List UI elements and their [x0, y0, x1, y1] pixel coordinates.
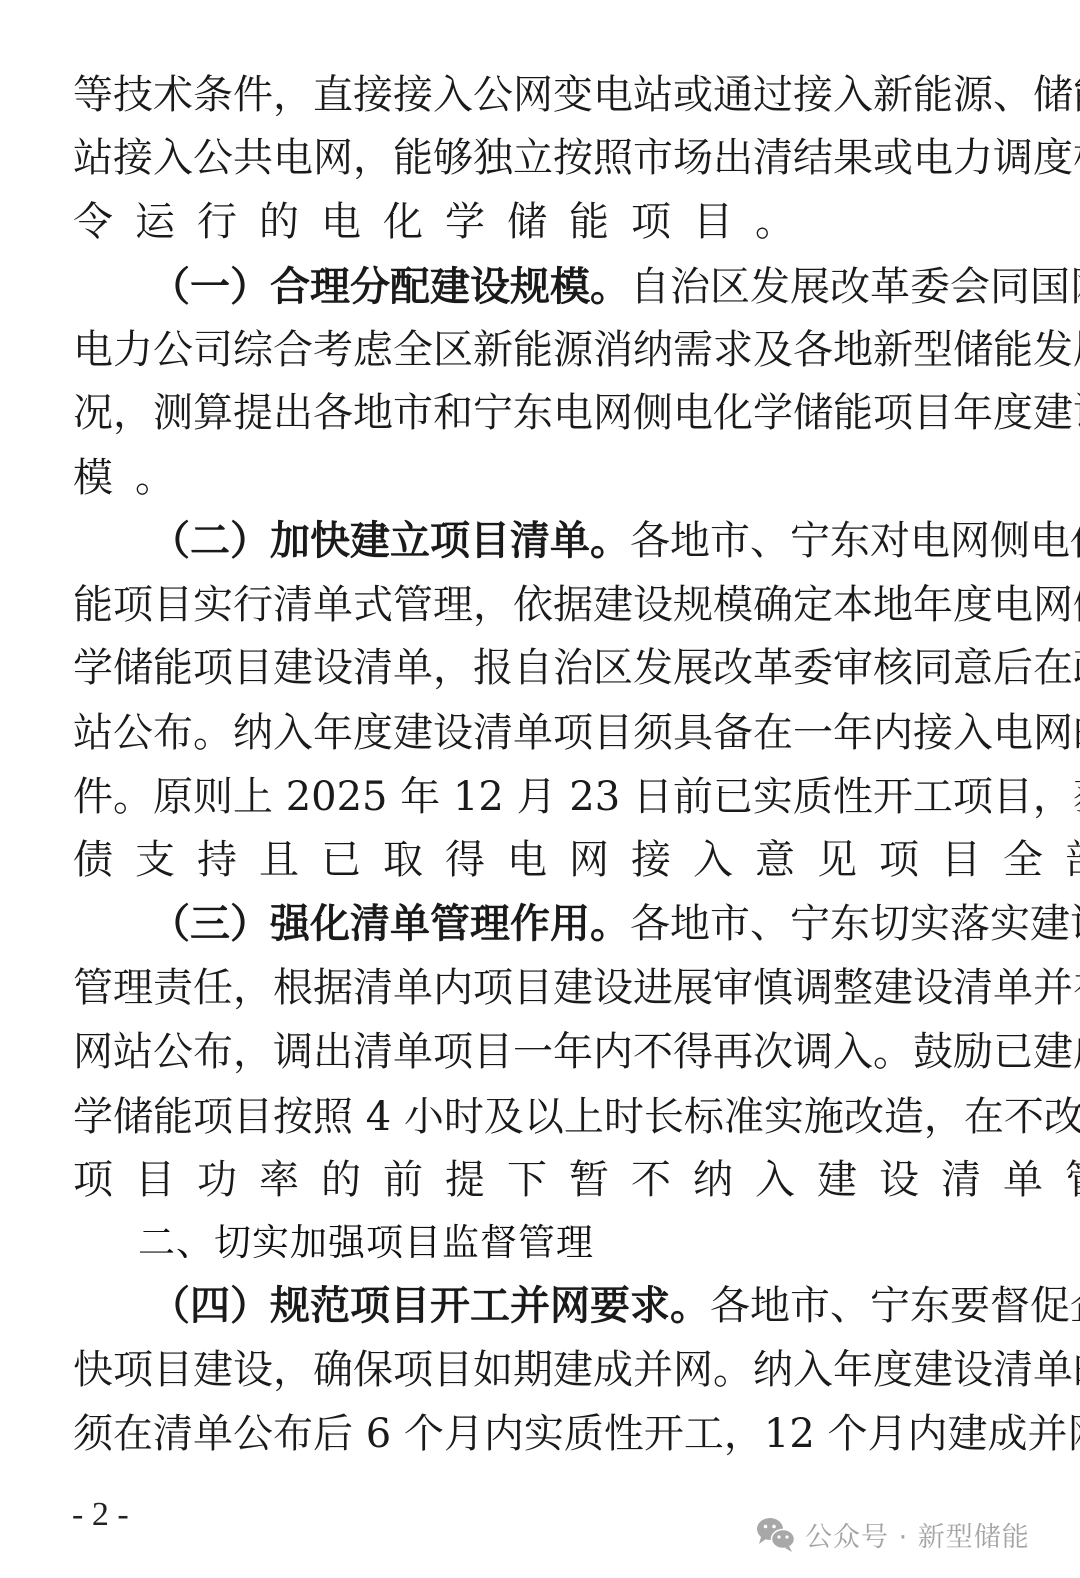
subsection-1-first-line: （一）合理分配建设规模。自治区发展改革委会同国网宁夏 [150, 255, 1012, 319]
body-line: 管理责任，根据清单内项目建设进展审慎调整建设清单并在政府 [73, 956, 1012, 1020]
body-line: 项目功率的前提下暂不纳入建设清单管理。 [73, 1148, 1012, 1212]
body-line: 模。 [73, 446, 1012, 510]
body-line: 快项目建设，确保项目如期建成并网。纳入年度建设清单的项目 [73, 1338, 1012, 1402]
subsection-4-first-line: （四）规范项目开工并网要求。各地市、宁东要督促企业加 [150, 1274, 1012, 1338]
subsection-3-first-line: （三）强化清单管理作用。各地市、宁东切实落实建设清单 [150, 892, 1012, 956]
body-line: 债支持且已取得电网接入意见项目全部纳入清单。 [73, 828, 1012, 892]
subsection-2-first-line: （二）加快建立项目清单。各地市、宁东对电网侧电化学储 [150, 509, 1012, 573]
body-line: 学储能项目按照 4 小时及以上时长标准实施改造，在不改变原有 [73, 1085, 1012, 1149]
body-line: 学储能项目建设清单，报自治区发展改革委审核同意后在政府网 [73, 636, 1012, 700]
subsection-2-title: （二）加快建立项目清单。 [150, 517, 630, 564]
body-line: 况，测算提出各地市和宁东电网侧电化学储能项目年度建设规 [73, 381, 1012, 445]
subsection-3-text: 各地市、宁东切实落实建设清单 [630, 901, 1080, 947]
body-line: 站公布。纳入年度建设清单项目须具备在一年内接入电网的条 [73, 701, 1012, 765]
body-line: 站接入公共电网，能够独立按照市场出清结果或电力调度机构指 [73, 126, 1012, 190]
subsection-2-text: 各地市、宁东对电网侧电化学储 [630, 518, 1080, 564]
section-heading: 二、切实加强项目监督管理 [138, 1211, 594, 1275]
subsection-1-title: （一）合理分配建设规模。 [150, 263, 630, 310]
body-line: 件。原则上 2025 年 12 月 23 日前已实质性开工项目，获得专项 [73, 765, 1012, 829]
body-line: 须在清单公布后 6 个月内实质性开工，12 个月内建成并网。实 [73, 1402, 1012, 1466]
subsection-3-title: （三）强化清单管理作用。 [150, 900, 630, 947]
body-line: 电力公司综合考虑全区新能源消纳需求及各地新型储能发展情 [73, 318, 1012, 382]
body-line: 令运行的电化学储能项目。 [73, 190, 1012, 254]
subsection-4-text: 各地市、宁东要督促企业加 [710, 1283, 1080, 1329]
wechat-icon [755, 1515, 797, 1553]
subsection-4-title: （四）规范项目开工并网要求。 [150, 1282, 710, 1329]
wechat-watermark: 公众号 · 新型储能 [755, 1514, 1030, 1554]
body-line: 网站公布，调出清单项目一年内不得再次调入。鼓励已建成电化 [73, 1020, 1012, 1084]
subsection-1-text: 自治区发展改革委会同国网宁夏 [630, 264, 1080, 310]
watermark-text: 公众号 · 新型储能 [805, 1515, 1030, 1554]
body-line: 能项目实行清单式管理，依据建设规模确定本地年度电网侧电化 [73, 573, 1012, 637]
body-line: 等技术条件，直接接入公网变电站或通过接入新能源、储能汇集 [73, 63, 1012, 127]
page-number: - 2 - [72, 1495, 129, 1535]
document-page: 等技术条件，直接接入公网变电站或通过接入新能源、储能汇集 站接入公共电网，能够独… [0, 0, 1080, 1578]
